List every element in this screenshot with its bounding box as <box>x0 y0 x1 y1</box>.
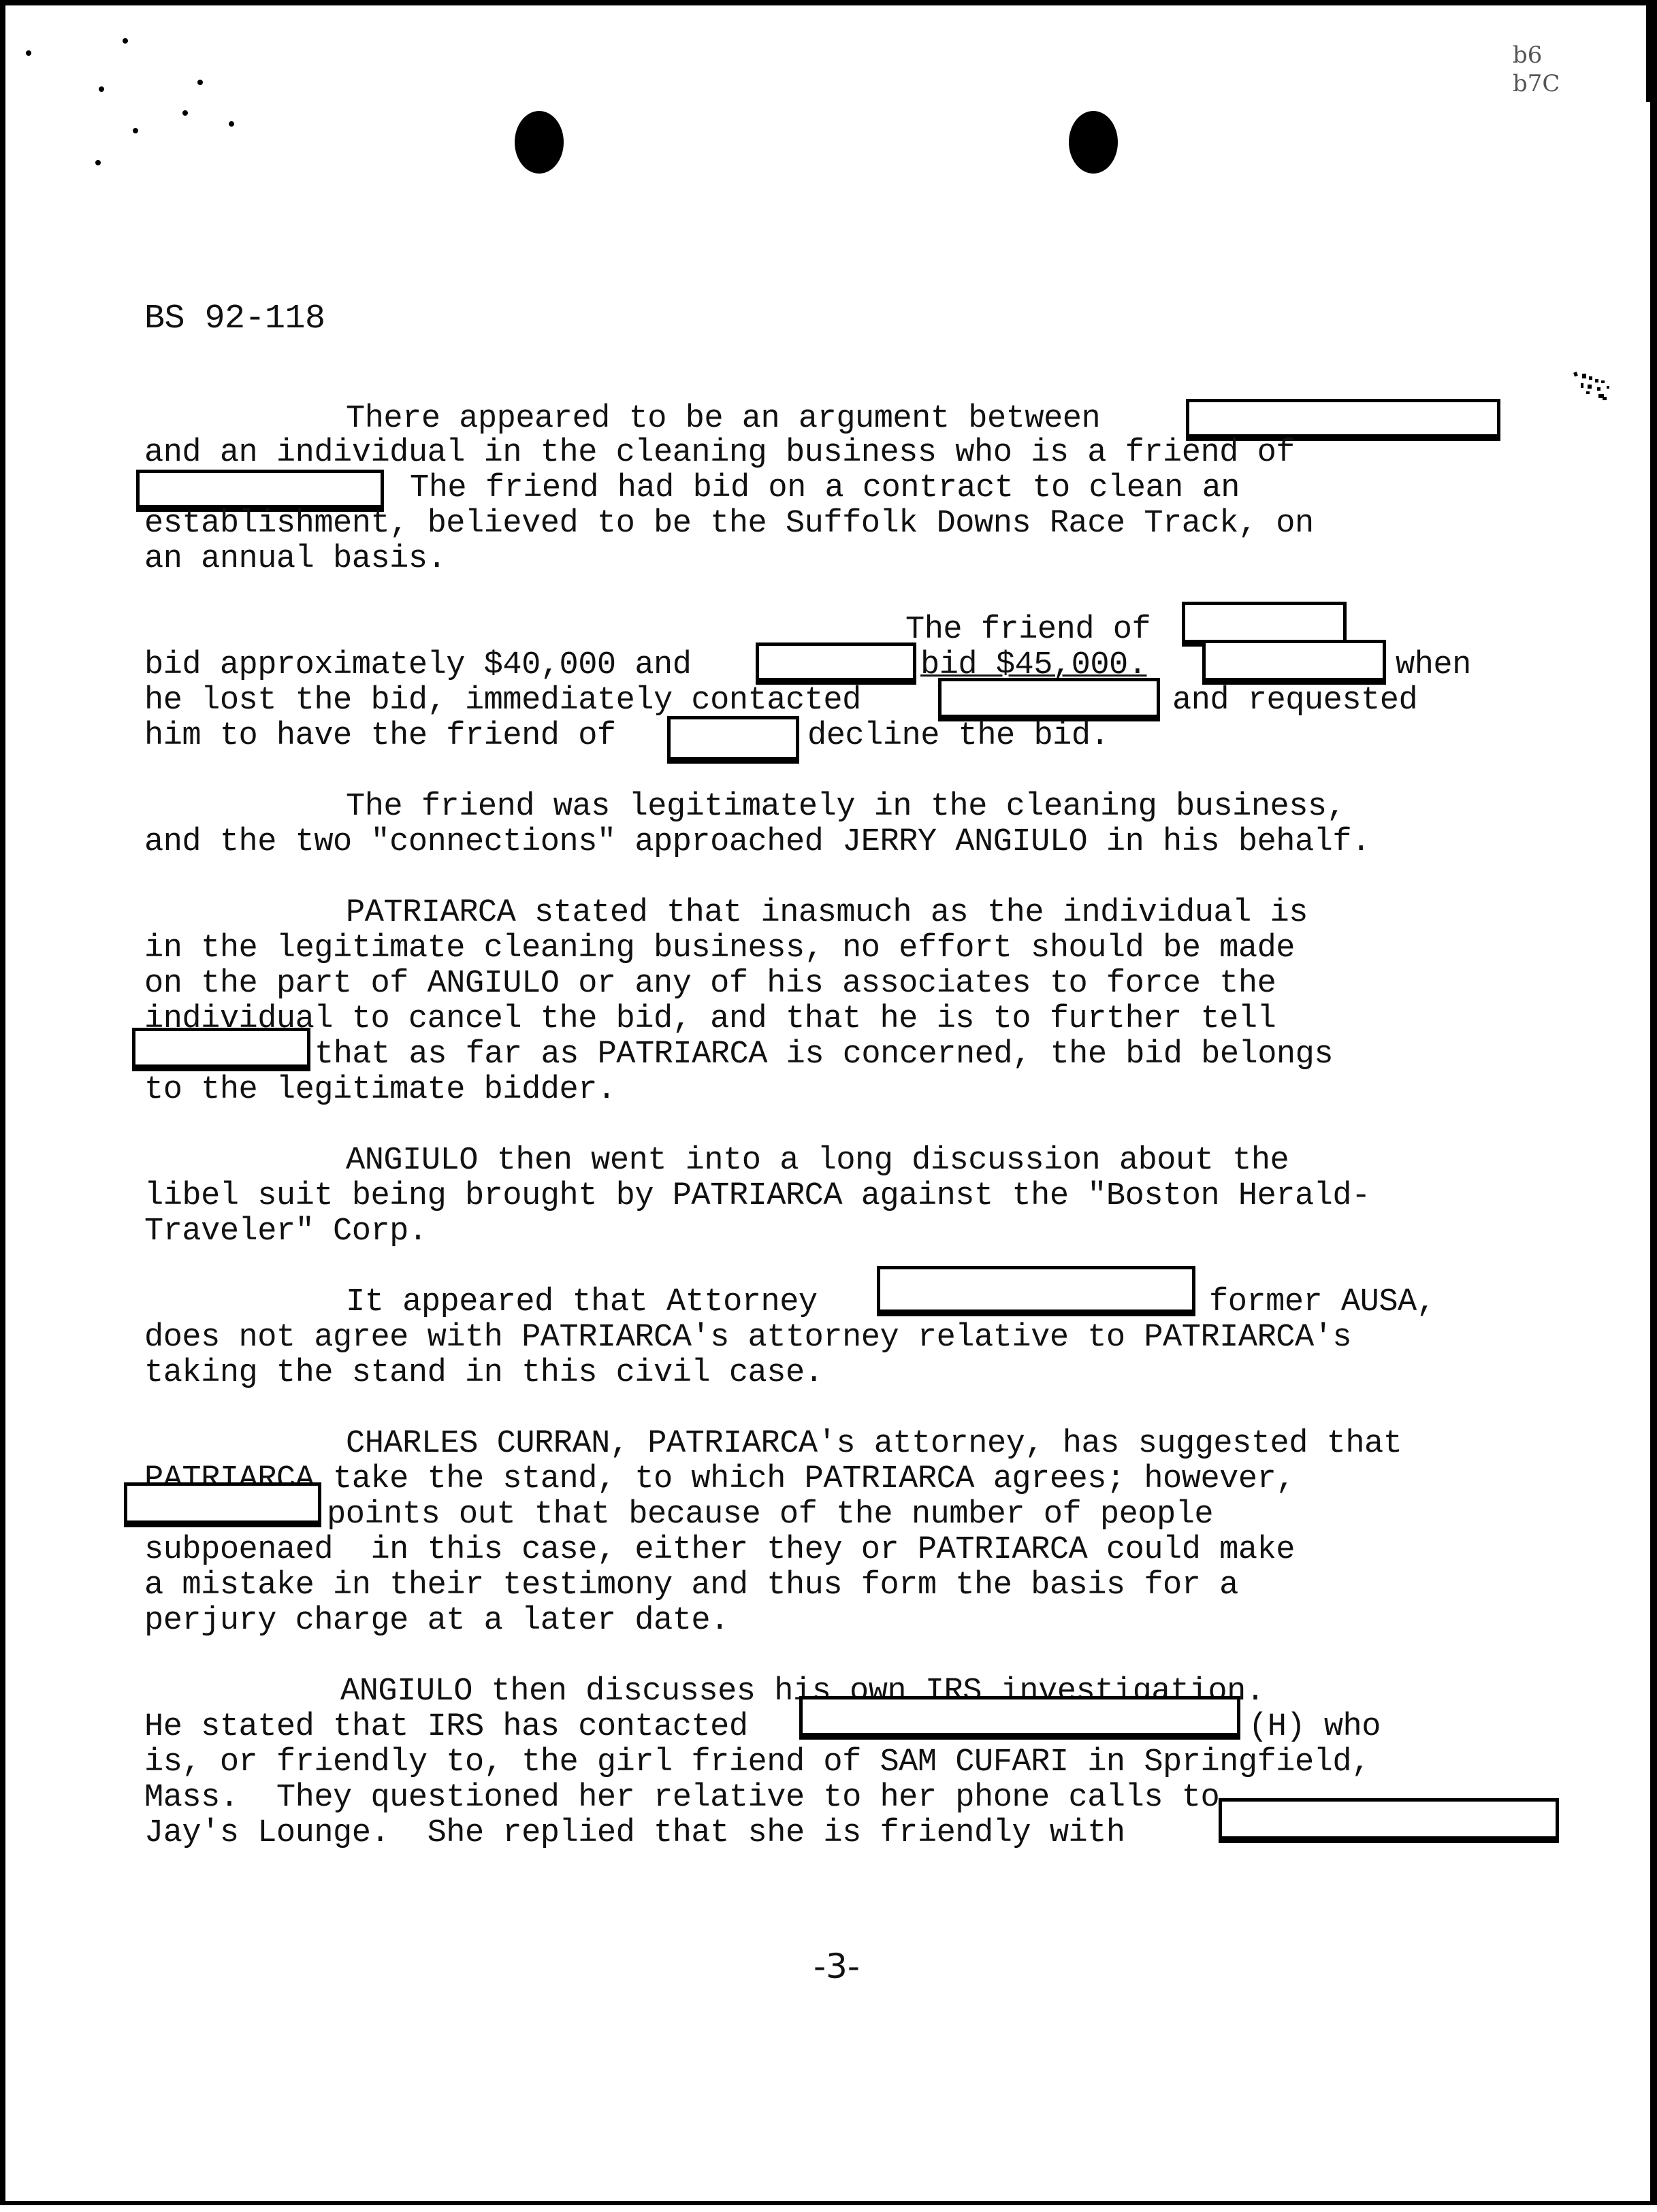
text-line: bid approximately $40,000 and <box>144 648 691 683</box>
page-border-top <box>0 0 1657 5</box>
text-line: establishment, believed to be the Suffol… <box>144 506 1314 542</box>
text-line: CHARLES CURRAN, PATRIARCA's attorney, ha… <box>346 1427 1402 1462</box>
text-line: individual to cancel the bid, and that h… <box>144 1002 1276 1037</box>
text-line: ANGIULO then went into a long discussion… <box>346 1143 1289 1179</box>
scan-speck <box>99 86 104 92</box>
text-line: There appeared to be an argument between <box>346 402 1100 437</box>
text-line: an annual basis. <box>144 542 446 577</box>
redaction-box <box>124 1482 321 1527</box>
text-line: points out that because of the number of… <box>327 1497 1213 1533</box>
text-line: when <box>1396 648 1471 683</box>
text-line: He stated that IRS has contacted <box>144 1710 748 1745</box>
document-page: b6 b7C BS 92-118 There appeared to be an… <box>0 0 1657 2212</box>
text-line: is, or friendly to, the girl friend of S… <box>144 1745 1370 1780</box>
foia-exemption-codes: b6 b7C <box>1513 41 1560 98</box>
scan-speck <box>229 121 234 127</box>
text-line: on the part of ANGIULO or any of his ass… <box>144 966 1276 1002</box>
exemption-code: b6 <box>1513 41 1560 69</box>
text-line: subpoenaed in this case, either they or … <box>144 1533 1295 1568</box>
page-number: -3- <box>814 1947 860 1986</box>
text-line: The friend was legitimately in the clean… <box>346 790 1345 825</box>
text-line: perjury charge at a later date. <box>144 1604 729 1639</box>
text-line: decline the bid. <box>807 719 1109 754</box>
text-line: taking the stand in this civil case. <box>144 1356 823 1391</box>
text-line: libel suit being brought by PATRIARCA ag… <box>144 1179 1370 1214</box>
scan-speck <box>95 160 101 165</box>
redaction-box <box>1219 1798 1559 1843</box>
text-line: he lost the bid, immediately contacted <box>144 683 861 719</box>
scan-speck <box>197 80 203 85</box>
text-line: and the two "connections" approached JER… <box>144 825 1370 860</box>
scan-speck <box>123 38 128 44</box>
text-line: and an individual in the cleaning busine… <box>144 436 1295 471</box>
scan-speck <box>133 128 138 133</box>
page-border-left <box>0 0 5 2212</box>
text-line: Jay's Lounge. She replied that she is fr… <box>144 1816 1125 1851</box>
scan-speck <box>26 50 31 56</box>
text-line: does not agree with PATRIARCA's attorney… <box>144 1320 1351 1356</box>
page-border-right-thick <box>1646 0 1657 102</box>
text-line: a mistake in their testimony and thus fo… <box>144 1568 1238 1604</box>
redaction-box <box>756 643 916 685</box>
text-line: and requested <box>1172 683 1417 719</box>
text-line: The friend had bid on a contract to clea… <box>410 471 1240 506</box>
text-line: PATRIARCA stated that inasmuch as the in… <box>346 896 1308 931</box>
page-border-right <box>1650 0 1657 2212</box>
file-number: BS 92-118 <box>144 299 325 338</box>
exemption-code: b7C <box>1513 69 1560 98</box>
redaction-box <box>799 1696 1240 1740</box>
page-bottom-margin <box>0 2205 1657 2212</box>
redaction-box <box>938 678 1160 721</box>
text-line: (H) who <box>1249 1710 1381 1745</box>
scan-speck <box>182 110 188 116</box>
redaction-box <box>132 1028 310 1071</box>
text-line: Mass. They questioned her relative to he… <box>144 1780 1219 1816</box>
text-line: Traveler" Corp. <box>144 1214 428 1250</box>
redaction-box <box>1202 640 1386 685</box>
punch-hole-left <box>515 111 564 174</box>
text-line: that as far as PATRIARCA is concerned, t… <box>315 1037 1333 1073</box>
text-line: former AUSA, <box>1209 1285 1435 1320</box>
text-line: in the legitimate cleaning business, no … <box>144 931 1295 966</box>
redaction-box <box>667 716 799 764</box>
text-line: It appeared that Attorney <box>346 1285 818 1320</box>
text-line: him to have the friend of <box>144 719 616 754</box>
text-line: The friend of <box>905 613 1151 648</box>
punch-hole-right <box>1069 111 1118 174</box>
redaction-box <box>877 1266 1195 1316</box>
ink-smudge <box>1573 371 1624 405</box>
text-line: to the legitimate bidder. <box>144 1073 616 1108</box>
